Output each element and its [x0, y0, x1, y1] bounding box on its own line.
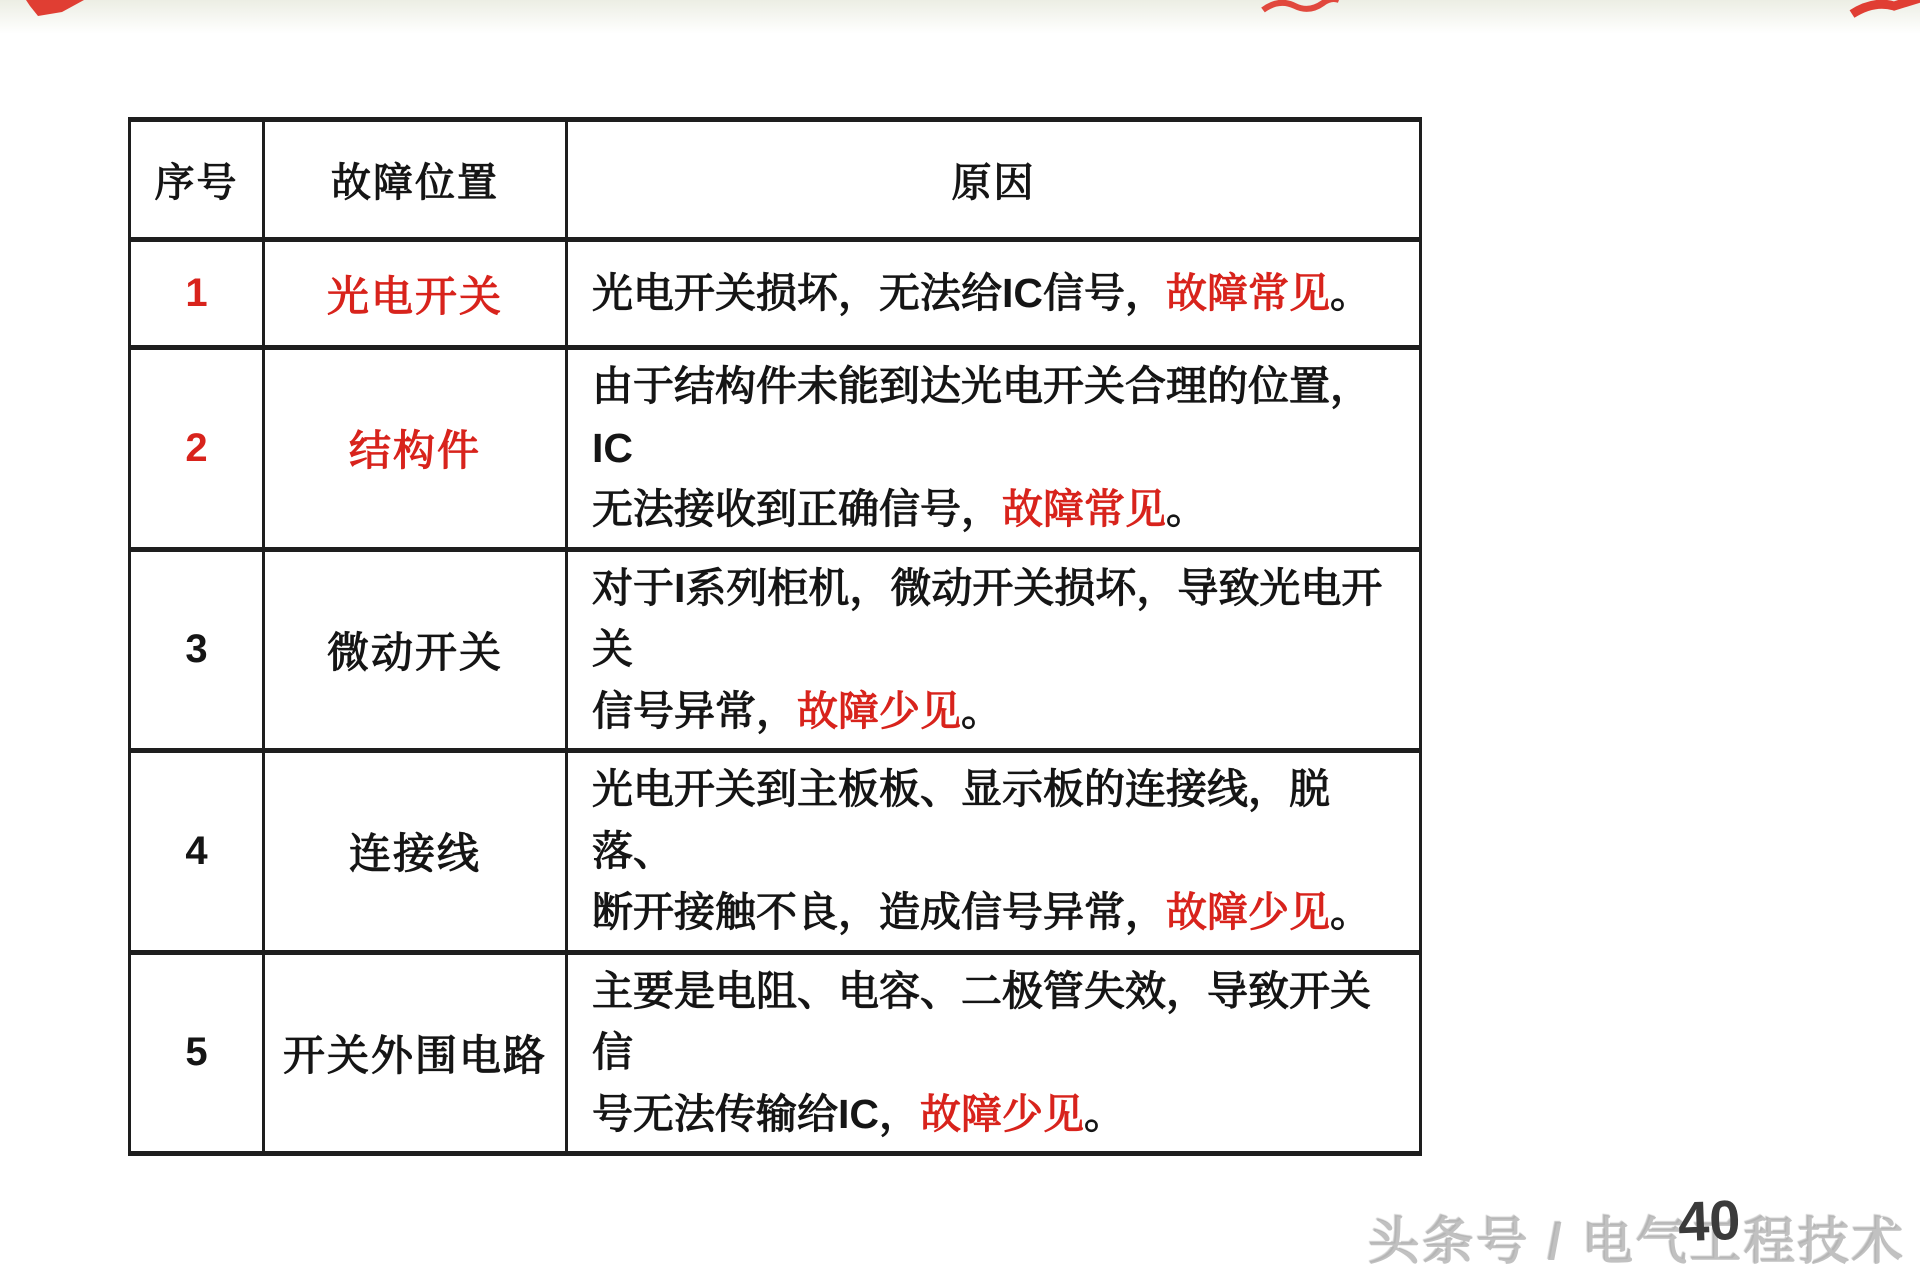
fault-cause: 主要是电阻、电容、二极管失效，导致开关信号无法传输给IC，故障少见。 [567, 952, 1421, 1154]
header-fault-location: 故障位置 [264, 120, 567, 240]
cause-text: 。 [1084, 1091, 1125, 1137]
cause-text: 由于结构件未能到达光电开关合理的位置，IC [592, 363, 1371, 471]
table-row: 3微动开关对于I系列柜机，微动开关损坏，导致光电开关信号异常，故障少见。 [130, 549, 1421, 751]
fault-cause: 对于I系列柜机，微动开关损坏，导致光电开关信号异常，故障少见。 [567, 549, 1421, 751]
cause-highlight: 故障少见 [797, 688, 961, 734]
cause-highlight: 故障常见 [1002, 486, 1166, 532]
row-number: 2 [130, 348, 264, 550]
header-number: 序号 [130, 120, 264, 240]
table-row: 4连接线光电开关到主板板、显示板的连接线，脱落、断开接触不良，造成信号异常，故障… [130, 751, 1421, 953]
cause-highlight: 故障常见 [1166, 270, 1330, 316]
row-number: 4 [130, 751, 264, 953]
fault-cause: 光电开关到主板板、显示板的连接线，脱落、断开接触不良，造成信号异常，故障少见。 [567, 751, 1421, 953]
fault-location: 光电开关 [264, 240, 567, 348]
top-scan-band [0, 0, 1920, 40]
fault-cause-table: 序号 故障位置 原因 1光电开关光电开关损坏，无法给IC信号，故障常见。2结构件… [128, 117, 1422, 1156]
cause-highlight: 故障少见 [1166, 889, 1330, 935]
fault-location: 微动开关 [264, 549, 567, 751]
watermark-text: 头条号 / 电气工程技术 [1368, 1200, 1906, 1274]
table-row: 1光电开关光电开关损坏，无法给IC信号，故障常见。 [130, 240, 1421, 348]
fault-location: 开关外围电路 [264, 952, 567, 1154]
table-body: 1光电开关光电开关损坏，无法给IC信号，故障常见。2结构件由于结构件未能到达光电… [130, 240, 1421, 1154]
fault-location: 连接线 [264, 751, 567, 953]
page-number: 40 [1677, 1187, 1742, 1254]
cause-text: 主要是电阻、电容、二极管失效，导致开关信 [592, 968, 1371, 1076]
table-row: 5开关外围电路主要是电阻、电容、二极管失效，导致开关信号无法传输给IC，故障少见… [130, 952, 1421, 1154]
cause-text: 号无法传输给IC， [592, 1091, 920, 1137]
cause-text: 断开接触不良，造成信号异常， [592, 889, 1166, 935]
table-row: 2结构件由于结构件未能到达光电开关合理的位置，IC无法接收到正确信号，故障常见。 [130, 348, 1421, 550]
cause-text: 光电开关到主板板、显示板的连接线，脱落、 [592, 766, 1330, 874]
cause-text: 。 [961, 688, 1002, 734]
cause-text: 。 [1330, 270, 1371, 316]
fault-cause: 由于结构件未能到达光电开关合理的位置，IC无法接收到正确信号，故障常见。 [567, 348, 1421, 550]
header-cause: 原因 [567, 120, 1421, 240]
row-number: 5 [130, 952, 264, 1154]
cause-highlight: 故障少见 [920, 1091, 1084, 1137]
cause-text: 对于I系列柜机，微动开关损坏，导致光电开关 [592, 565, 1382, 673]
row-number: 1 [130, 240, 264, 348]
row-number: 3 [130, 549, 264, 751]
fault-cause: 光电开关损坏，无法给IC信号，故障常见。 [567, 240, 1421, 348]
cause-text: 信号异常， [592, 688, 797, 734]
cause-text: 。 [1330, 889, 1371, 935]
cause-text: 。 [1166, 486, 1207, 532]
cause-text: 无法接收到正确信号， [592, 486, 1002, 532]
table-header-row: 序号 故障位置 原因 [130, 120, 1421, 240]
fault-location: 结构件 [264, 348, 567, 550]
cause-text: 光电开关损坏，无法给IC信号， [592, 270, 1166, 316]
